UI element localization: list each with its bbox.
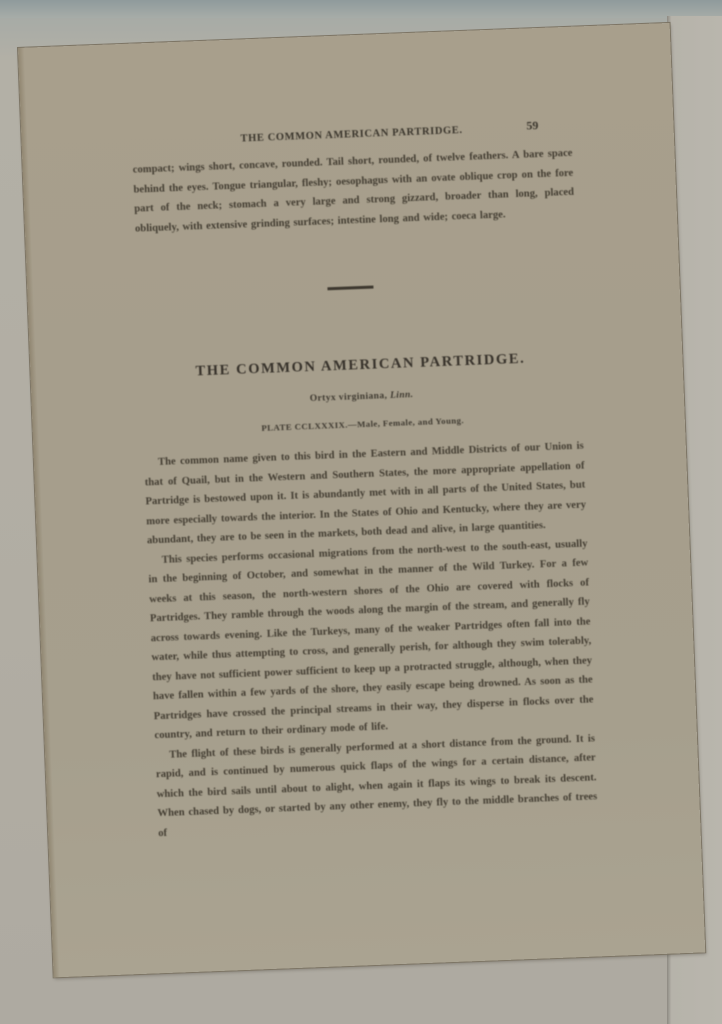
latin-name: Ortyx virginiana,: [310, 391, 388, 404]
body-paragraph-3: The flight of these birds is generally p…: [155, 729, 598, 843]
body-paragraph-2: This species performs occasional migrati…: [147, 534, 594, 746]
intro-paragraph-block: compact; wings short, concave, rounded. …: [132, 144, 575, 239]
background-top-edge: [0, 0, 722, 18]
running-head: THE COMMON AMERICAN PARTRIDGE.: [142, 121, 562, 148]
section-divider: [327, 286, 373, 291]
intro-paragraph: compact; wings short, concave, rounded. …: [132, 144, 575, 239]
page-number: 59: [526, 118, 539, 133]
latin-authority: Linn.: [390, 390, 414, 401]
book-page: THE COMMON AMERICAN PARTRIDGE. 59 compac…: [18, 23, 705, 977]
body-paragraph-1: The common name given to this bird in th…: [144, 437, 587, 551]
body-text: The common name given to this bird in th…: [144, 437, 599, 844]
plate-caption: PLATE CCLXXXIX.—Male, Female, and Young.: [143, 411, 583, 438]
article-title: THE COMMON AMERICAN PARTRIDGE.: [140, 349, 580, 383]
latin-name-line: Ortyx virginiana, Linn.: [142, 384, 582, 411]
